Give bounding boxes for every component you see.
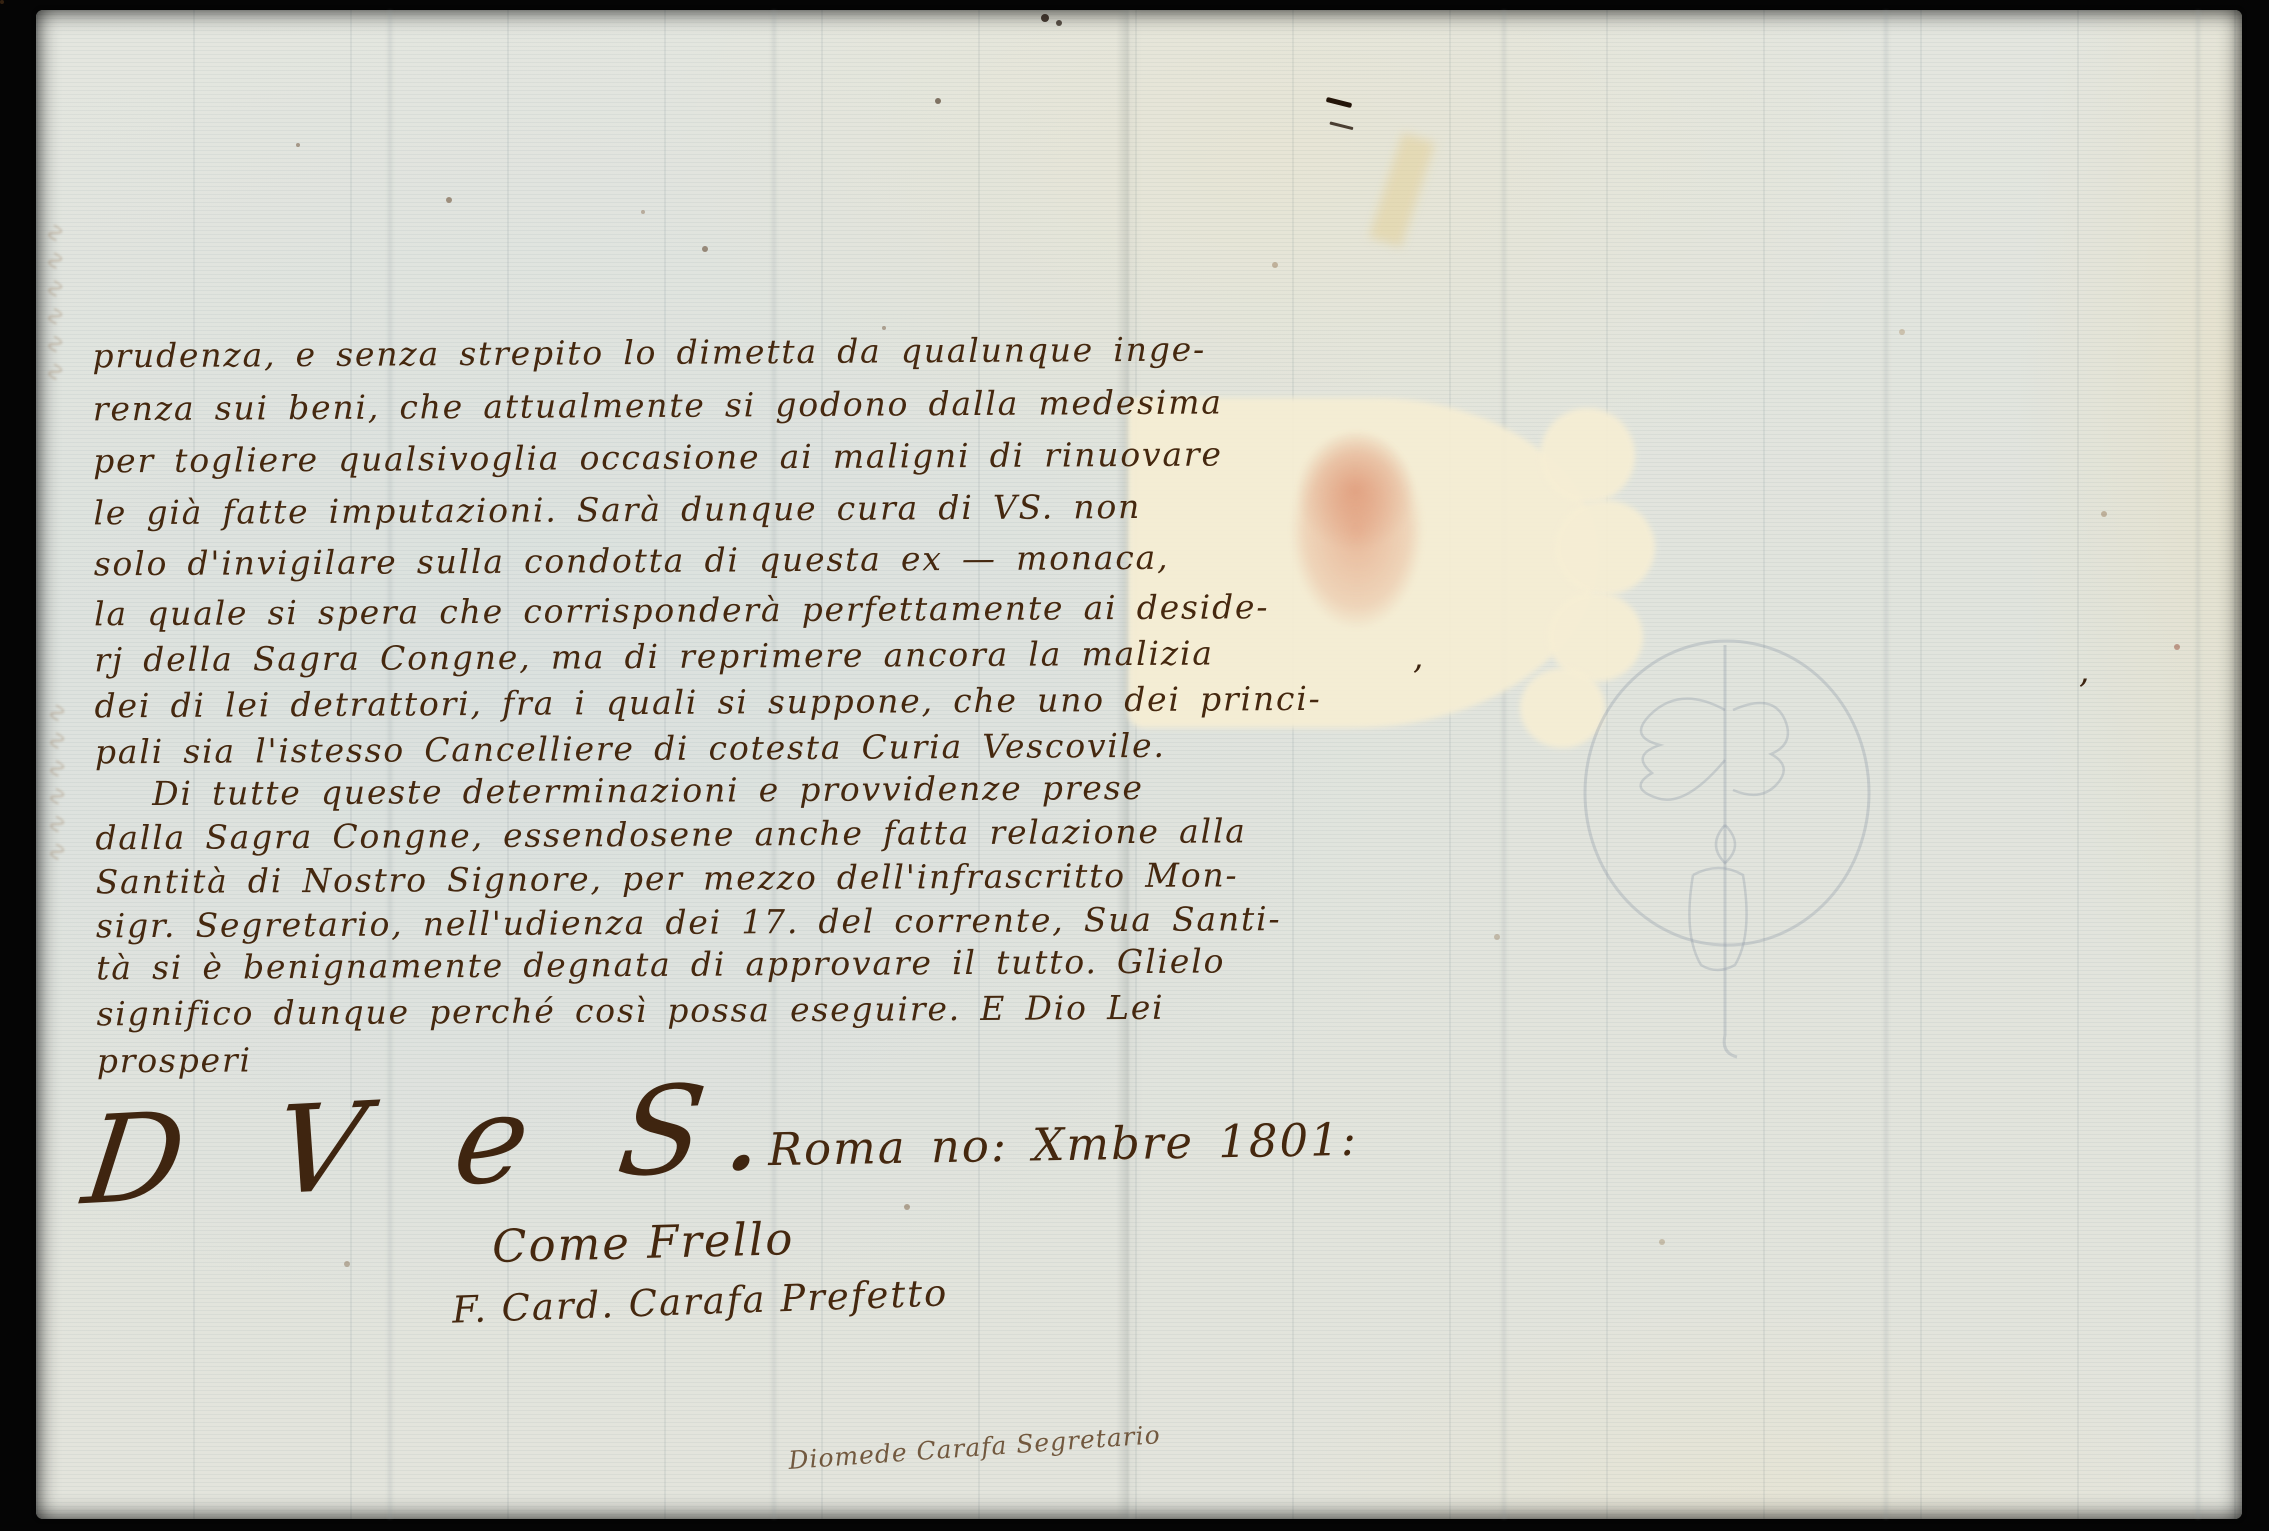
letter-line: solo d'invigilare sulla condotta di ques… — [94, 538, 1170, 584]
letter-line: Di tutte queste determinazioni e provvid… — [152, 768, 1144, 813]
foxing-specks — [0, 0, 4, 4]
letter-line: prudenza, e senza strepito lo dimetta da… — [92, 330, 1206, 376]
signature-line-1: Come Frello — [491, 1212, 795, 1273]
letter-line: per togliere qualsivoglia occasione ai m… — [93, 434, 1223, 480]
letter-line: la quale si spera che corrisponderà perf… — [94, 587, 1269, 633]
letter-line: pali sia l'istesso Cancelliere di cotest… — [95, 726, 1166, 772]
letter-body: prudenza, e senza strepito lo dimetta da… — [0, 0, 2269, 1531]
letter-line: renza sui beni, che attualmente si godon… — [93, 382, 1223, 428]
manuscript-scan: ’ ’ ∿∿∿∿∿∿ ∿∿∿∿∿∿ prudenza, e senza stre… — [0, 0, 2269, 1531]
letter-line: prosperi — [97, 1040, 252, 1080]
letter-line: significo dunque perché così possa esegu… — [96, 988, 1164, 1034]
letter-line: dalla Sagra Congne, essendosene anche fa… — [95, 811, 1247, 857]
letter-line: tà si è benignamente degnata di approvar… — [96, 941, 1225, 987]
letter-line: sigr. Segretario, nell'udienza dei 17. d… — [96, 899, 1282, 945]
letter-line: rj della Sagra Congne, ma di reprimere a… — [94, 634, 1214, 680]
letter-line: Santità di Nostro Signore, per mezzo del… — [96, 855, 1239, 901]
letter-line: le già fatte imputazioni. Sarà dunque cu… — [93, 487, 1141, 532]
letter-line: dei di lei detrattori, fra i quali si su… — [94, 679, 1321, 725]
dateline: Roma no: Xmbre 1801: — [768, 1113, 1359, 1176]
